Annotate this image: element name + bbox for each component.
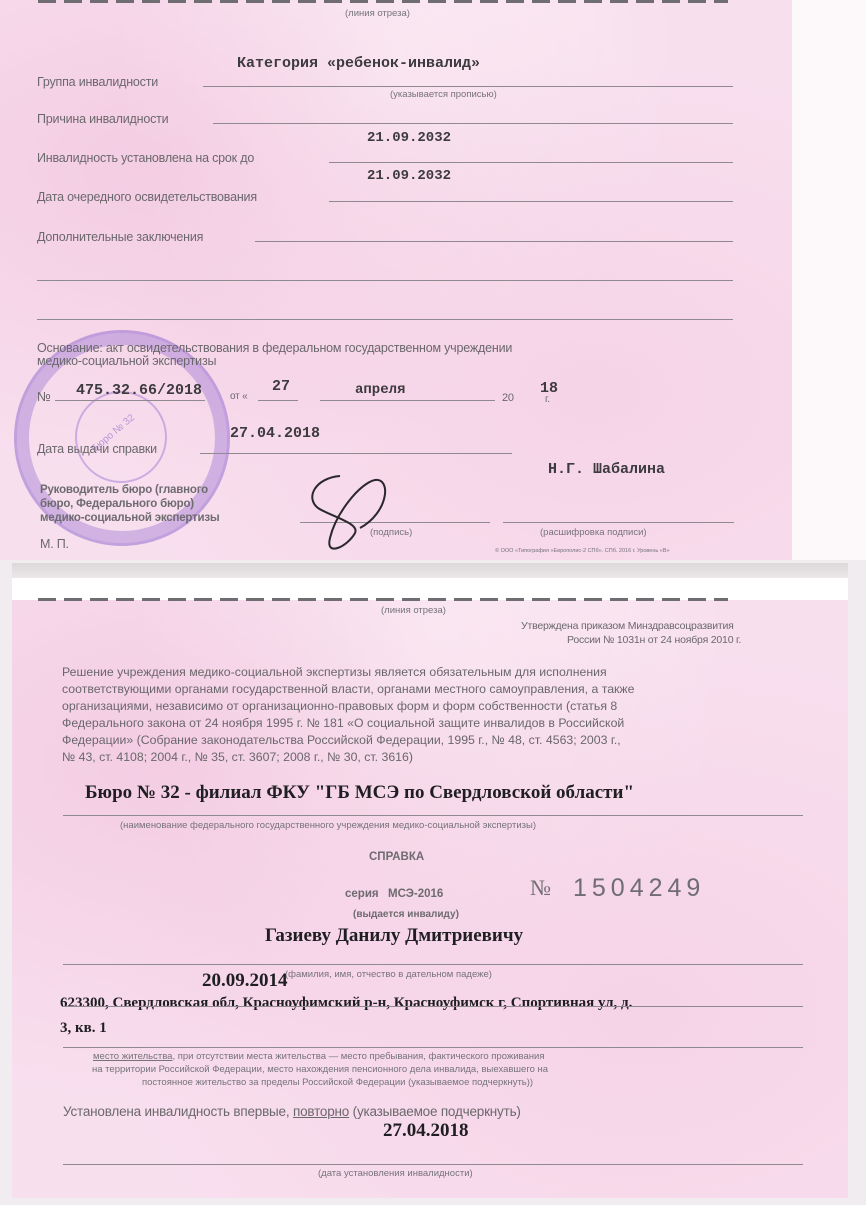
act-day-value: 27	[272, 378, 290, 395]
issue-date-field	[200, 453, 512, 454]
act-date-from-label: от «	[230, 391, 247, 402]
act-number-prefix: №	[37, 389, 51, 404]
certificate-number: 1504249	[573, 874, 705, 903]
head-label-line3: медико-социальной экспертизы	[40, 512, 220, 524]
page-top-edge	[12, 578, 848, 600]
cut-line	[38, 598, 728, 601]
disability-group-hint: (указывается прописью)	[390, 89, 497, 100]
established-date: 27.04.2018	[383, 1120, 469, 1142]
established-first-option: Установлена инвалидность впервые,	[63, 1104, 293, 1119]
established-type-hint: (указываемое подчеркнуть)	[349, 1104, 521, 1119]
act-month-value: апреля	[355, 382, 405, 398]
recipient-name-hint: (фамилия, имя, отчество в дательном паде…	[285, 969, 492, 980]
recipient-name-field	[63, 964, 803, 965]
page-margin	[792, 0, 866, 560]
handwritten-signature	[300, 468, 410, 558]
established-repeat-option: повторно	[293, 1104, 349, 1119]
approval-line1: Утверждена приказом Минздравсоцразвития	[521, 620, 734, 632]
cut-line-label: (линия отреза)	[345, 8, 410, 19]
legal-paragraph-line: Решение учреждения медико-социальной экс…	[62, 664, 782, 681]
next-examination-label: Дата очередного освидетельствования	[37, 190, 257, 204]
next-examination-field	[329, 201, 733, 202]
legal-paragraph: Решение учреждения медико-социальной экс…	[62, 664, 782, 766]
series-value: МСЭ-2016	[388, 888, 443, 900]
disability-cause-label: Причина инвалидности	[37, 112, 168, 126]
address-line2: 3, кв. 1	[60, 1020, 107, 1037]
issued-to-hint: (выдается инвалиду)	[353, 909, 459, 920]
act-month-field	[320, 400, 495, 401]
head-label-line2: бюро, Федерального бюро)	[40, 498, 194, 510]
disability-group-field	[203, 86, 733, 87]
category-title: Категория «ребенок-инвалид»	[237, 55, 480, 72]
next-examination-value: 21.09.2032	[367, 168, 451, 184]
address-hint-line2: на территории Российской Федерации, мест…	[92, 1064, 548, 1075]
stamp-inner-ring	[75, 391, 167, 483]
address-hint-rest: , при отсутствии места жительства — мест…	[172, 1051, 544, 1062]
head-label-line1: Руководитель бюро (главного	[40, 484, 208, 496]
act-day-field	[258, 400, 298, 401]
act-year-prefix: 20	[502, 392, 514, 404]
legal-paragraph-line: № 43, ст. 4108; 2004 г., № 35, ст. 3607;…	[62, 749, 782, 766]
issue-date-label: Дата выдачи справки	[37, 442, 157, 456]
birth-date: 20.09.2014	[202, 970, 288, 992]
name-decoding-field	[503, 522, 734, 523]
established-until-label: Инвалидность установлена на срок до	[37, 151, 254, 165]
approval-line2: России № 1031н от 24 ноября 2010 г.	[567, 634, 741, 646]
address-hint-line1: место жительства, при отсутствии места ж…	[93, 1051, 544, 1062]
institution-field	[63, 815, 803, 816]
disability-group-label: Группа инвалидности	[37, 75, 158, 89]
act-year-unit: г.	[545, 394, 550, 405]
act-number-value: 475.32.66/2018	[76, 382, 202, 399]
cut-line	[38, 0, 728, 3]
cut-line-label: (линия отреза)	[381, 605, 446, 616]
legal-paragraph-line: Федерального закона от 24 ноября 1995 г.…	[62, 715, 782, 732]
additional-conclusions-field	[255, 241, 733, 242]
act-number-field	[55, 400, 205, 401]
established-until-field	[329, 162, 733, 163]
additional-conclusions-label: Дополнительные заключения	[37, 230, 203, 244]
basis-text-line2: медико-социальной экспертизы	[37, 354, 216, 368]
institution-hint: (наименование федерального государственн…	[120, 820, 536, 831]
legal-paragraph-line: соответствующими органами государственно…	[62, 681, 782, 698]
name-decoding-hint: (расшифровка подписи)	[540, 527, 647, 538]
number-sign: №	[530, 875, 551, 901]
additional-conclusions-line-3	[37, 319, 733, 320]
legal-paragraph-line: Федерации» (Собрание законодательства Ро…	[62, 732, 782, 749]
basis-text-line1: Основание: акт освидетельствования в фед…	[37, 341, 512, 355]
address-hint-line3: постоянное жительство за пределы Российс…	[142, 1077, 533, 1088]
established-date-hint: (дата установления инвалидности)	[318, 1168, 473, 1179]
recipient-name: Газиеву Данилу Дмитриевичу	[265, 925, 523, 947]
address-field	[63, 1006, 803, 1007]
printer-note: © ООО «Типография «Европолис-2 СПб». СПб…	[495, 548, 670, 554]
institution-name: Бюро № 32 - филиал ФКУ "ГБ МСЭ по Свердл…	[85, 782, 634, 804]
established-date-field	[63, 1164, 803, 1165]
head-name-value: Н.Г. Шабалина	[548, 461, 665, 478]
seal-label: М. П.	[40, 537, 69, 551]
series-label: серия	[345, 888, 379, 900]
issue-date-value: 27.04.2018	[230, 425, 320, 442]
established-until-value: 21.09.2032	[367, 130, 451, 146]
address-field-2	[63, 1047, 803, 1048]
selected-place-type: место жительства	[93, 1051, 172, 1062]
legal-paragraph-line: организациями, независимо от организацио…	[62, 698, 782, 715]
additional-conclusions-line-2	[37, 280, 733, 281]
document-title: СПРАВКА	[369, 851, 424, 863]
disability-cause-field	[213, 123, 733, 124]
established-type-label: Установлена инвалидность впервые, повтор…	[63, 1104, 521, 1119]
address-line1: 623300, Свердловская обл, Красноуфимский…	[60, 995, 632, 1012]
